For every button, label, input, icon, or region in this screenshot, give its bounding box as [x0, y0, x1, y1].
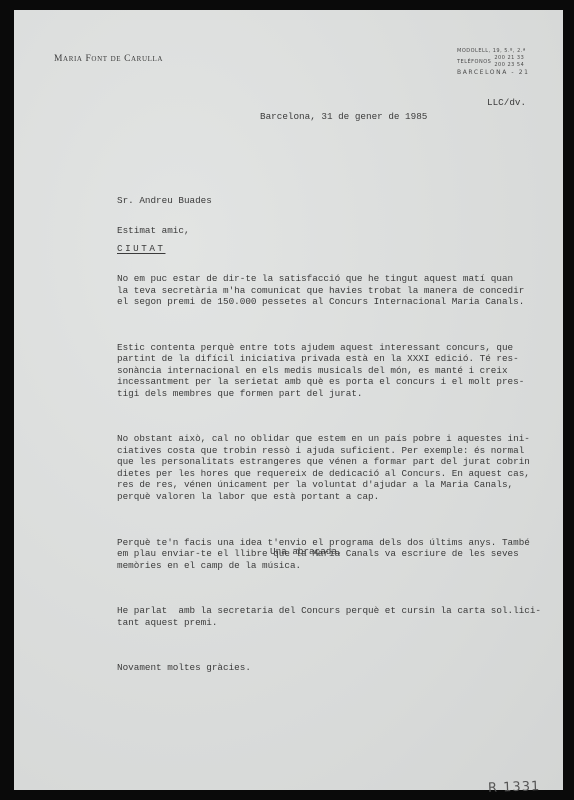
phone-number: 200 21 33: [494, 55, 524, 62]
letter-date: Barcelona, 31 de gener de 1985: [260, 111, 427, 122]
recipient-name: Sr. Andreu Buades: [117, 193, 212, 209]
letterhead-city: BARCELONA - 21: [457, 69, 530, 77]
street-address: MODOLELL, 19, 5.º, 2.ª: [457, 47, 530, 55]
reference-code: LLC/dv.: [487, 97, 526, 108]
paragraph: Estic contenta perquè entre tots ajudem …: [117, 342, 541, 400]
phone-number: 200 23 54: [494, 62, 524, 69]
letter-body: No em puc estar de dir-te la satisfacció…: [117, 250, 541, 708]
sender-name: Maria Font de Carulla: [54, 54, 163, 64]
phone-label: TELÉFONOS: [457, 58, 491, 66]
paragraph: He parlat amb la secretaria del Concurs …: [117, 605, 541, 628]
letterhead-address: MODOLELL, 19, 5.º, 2.ª TELÉFONOS 200 21 …: [457, 47, 530, 77]
paragraph: Novament moltes gràcies.: [117, 662, 541, 674]
phone-row: TELÉFONOS 200 21 33 200 23 54: [457, 55, 530, 69]
letter-page: Maria Font de Carulla MODOLELL, 19, 5.º,…: [14, 10, 563, 790]
salutation: Estimat amic,: [117, 225, 190, 236]
archive-mark: R 1331: [488, 779, 541, 796]
paragraph: No em puc estar de dir-te la satisfacció…: [117, 273, 541, 308]
closing: Una abraçada,: [270, 546, 343, 557]
paragraph: No obstant això, cal no oblidar que este…: [117, 433, 541, 502]
